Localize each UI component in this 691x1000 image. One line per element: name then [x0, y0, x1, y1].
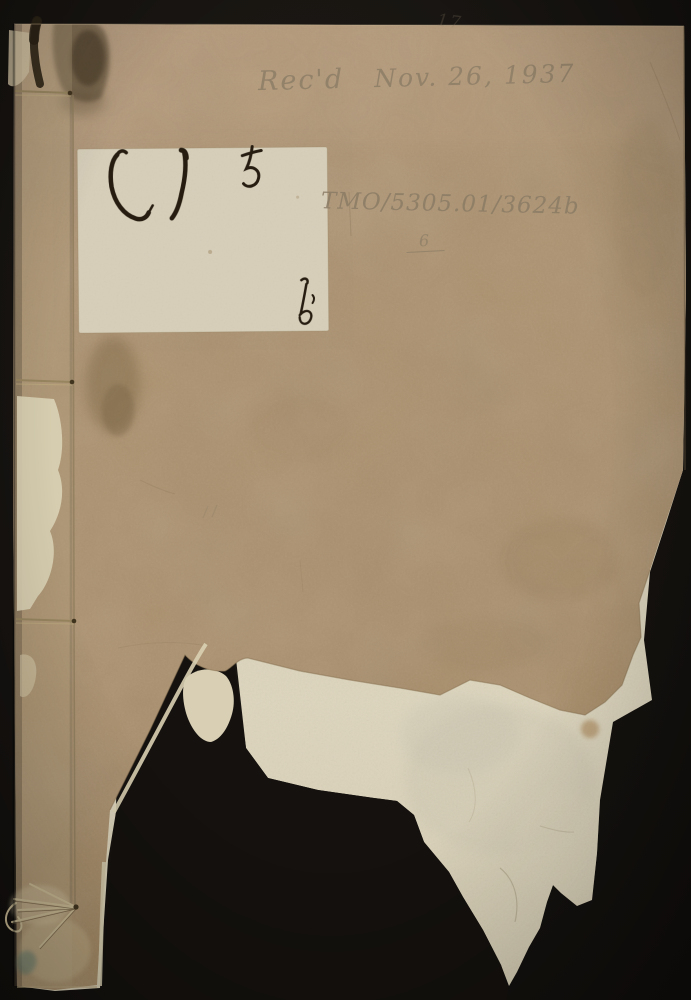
- received-word: Rec'd: [258, 64, 345, 97]
- pencil-accession-number: TMO/5305.01/3624b: [321, 188, 580, 219]
- title-label: [77, 146, 329, 333]
- received-date: Nov. 26, 1937: [374, 59, 576, 93]
- photograph-stage: Rec'dNov. 26, 1937 TMO/5305.01/3624b 6 1…: [0, 0, 691, 1000]
- pencil-faint-corner-mark: 17: [436, 11, 464, 34]
- label-foxing-dot: [208, 250, 212, 254]
- pencil-accession-submark: 6: [405, 230, 444, 253]
- book-right-edge: [684, 26, 685, 470]
- stitch-hole-4: [73, 904, 78, 909]
- book-cover-photo: [0, 0, 691, 1000]
